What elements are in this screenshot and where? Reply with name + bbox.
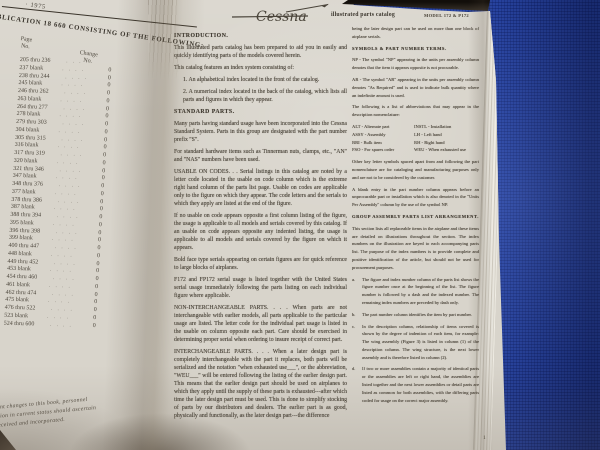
section-heading: SYMBOLS & PART NUMBER TERMS. (352, 45, 479, 53)
change-table-rows: 205 thru 236. . . .237 blank. . . .0238 … (3, 57, 112, 330)
paragraph: A blank entry in the part number column … (352, 186, 479, 209)
paragraph: Bold face type serials appearing on cert… (174, 256, 347, 272)
abbreviation-row: FSO - For spares orderWEU - When exhaust… (352, 146, 479, 154)
page-number: 1 (483, 435, 486, 441)
section-heading: GROUP ASSEMBLY PARTS LIST ARRANGEMENT. (352, 213, 479, 221)
abbreviation-row: ALT - Alternate partINSTL - Installation (352, 123, 479, 131)
right-page-right-column: being the later design part can be used … (352, 25, 479, 408)
section-heading: STANDARD PARTS. (174, 108, 347, 116)
paragraph: NON-INTERCHANGEABLE PARTS. . . . When pa… (174, 304, 347, 344)
paragraph: F172 and FP172 serial usage is listed to… (174, 276, 347, 300)
paragraph: b.The part number column identifies the … (352, 311, 479, 319)
book-photo: · 1975 PUBLICATION 18 660 CONSISTING OF … (0, 0, 600, 450)
page-no-header: Page No. (19, 36, 33, 51)
section-heading: INTRODUCTION. (174, 32, 347, 40)
catalog-title: illustrated parts catalog (331, 12, 395, 18)
cessna-logo: Cessna (230, 2, 338, 28)
abbreviation-row: ASSY - AssemblyLH - Left hand (352, 131, 479, 139)
paragraph: This catalog features an index system co… (174, 64, 347, 72)
paragraph: This illustrated parts catalog has been … (174, 44, 347, 60)
paragraph: Many parts having standard usage have be… (174, 120, 347, 144)
paragraph: d.If two or more assemblies contain a ma… (352, 365, 479, 404)
paragraph: c.In the description column, relationshi… (352, 323, 479, 362)
paragraph: This section lists all replaceable items… (352, 225, 479, 272)
paragraph: Other key letter symbols spaced apart fr… (352, 158, 479, 181)
paragraph: USABLE ON CODES. . . Serial listings in … (174, 168, 347, 208)
right-page-left-column: INTRODUCTION.This illustrated parts cata… (174, 30, 347, 424)
paragraph: a.The figure and index number column of … (352, 276, 479, 307)
paragraph: The following is a list of abbreviations… (352, 103, 479, 119)
paragraph: INTERCHANGEABLE PARTS. . . . When a late… (174, 348, 347, 420)
model-title: MODEL 172 & P172 (424, 13, 469, 18)
paragraph: 2. A numerical index located in the back… (174, 88, 347, 104)
paragraph: being the later design part can be used … (352, 25, 479, 41)
paragraph: 1. An alphabetical index located in the … (174, 76, 347, 84)
abbreviation-row: BRI - Bulk itemRH - Right hand (352, 139, 479, 147)
paragraph: If no usable on code appears opposite a … (174, 212, 347, 252)
logo-text: Cessna (256, 9, 307, 25)
paragraph: AR - The symbol "AR" appearing in the un… (352, 76, 479, 99)
abbreviations-table: ALT - Alternate partINSTL - Installation… (352, 123, 479, 154)
paragraph: NP - The symbol "NP" appearing in the un… (352, 56, 479, 72)
paragraph: For standard hardware items such as Tinn… (174, 148, 347, 164)
